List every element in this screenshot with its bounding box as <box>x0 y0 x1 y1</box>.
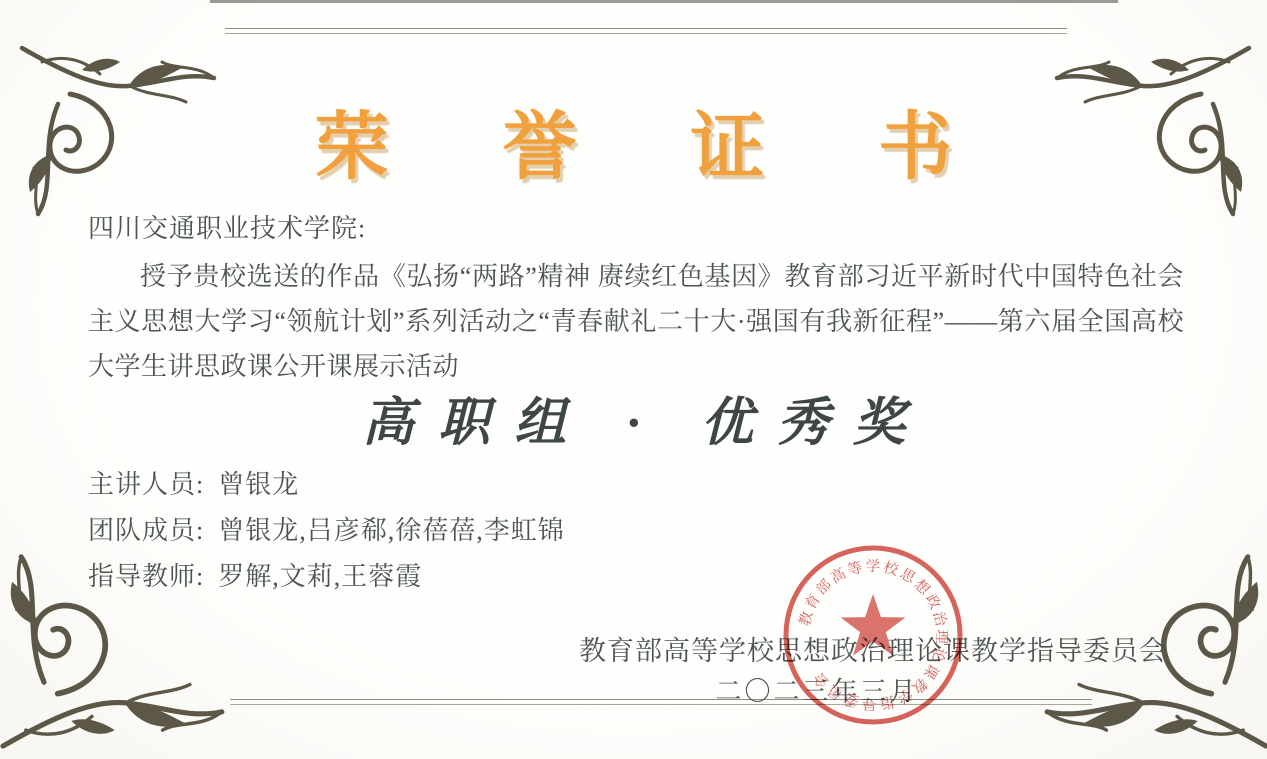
field-label: 指导教师: <box>88 562 204 591</box>
seal-star-icon <box>841 594 906 656</box>
field-label: 团队成员: <box>88 516 204 545</box>
field-value: 曾银龙,吕彦郗,徐蓓蓓,李虹锦 <box>218 516 565 545</box>
top-border-rule <box>225 28 1067 34</box>
honor-certificate: 荣 誉 证 书 四川交通职业技术学院: 授予贵校选送的作品《弘扬“两路”精神 赓… <box>0 0 1267 759</box>
field-row: 主讲人员:曾银龙 <box>88 464 565 510</box>
top-edge-line <box>210 0 1118 3</box>
field-value: 罗解,文莉,王蓉霞 <box>218 562 422 591</box>
personnel-fields: 主讲人员:曾银龙 团队成员:曾银龙,吕彦郗,徐蓓蓓,李虹锦 指导教师:罗解,文莉… <box>88 464 565 602</box>
award-title: 高职组 · 优秀奖 <box>0 380 1267 455</box>
field-row: 团队成员:曾银龙,吕彦郗,徐蓓蓓,李虹锦 <box>88 510 565 556</box>
field-row: 指导教师:罗解,文莉,王蓉霞 <box>88 556 565 602</box>
field-label: 主讲人员: <box>88 470 204 499</box>
recipient-line: 四川交通职业技术学院: <box>88 208 366 245</box>
body-paragraph: 授予贵校选送的作品《弘扬“两路”精神 赓续红色基因》教育部习近平新时代中国特色社… <box>88 254 1184 389</box>
certificate-title: 荣 誉 证 书 <box>0 88 1267 194</box>
official-seal: 教育部高等学校思想政治理论课教学指导委员会 <box>778 540 968 730</box>
field-value: 曾银龙 <box>218 470 299 499</box>
